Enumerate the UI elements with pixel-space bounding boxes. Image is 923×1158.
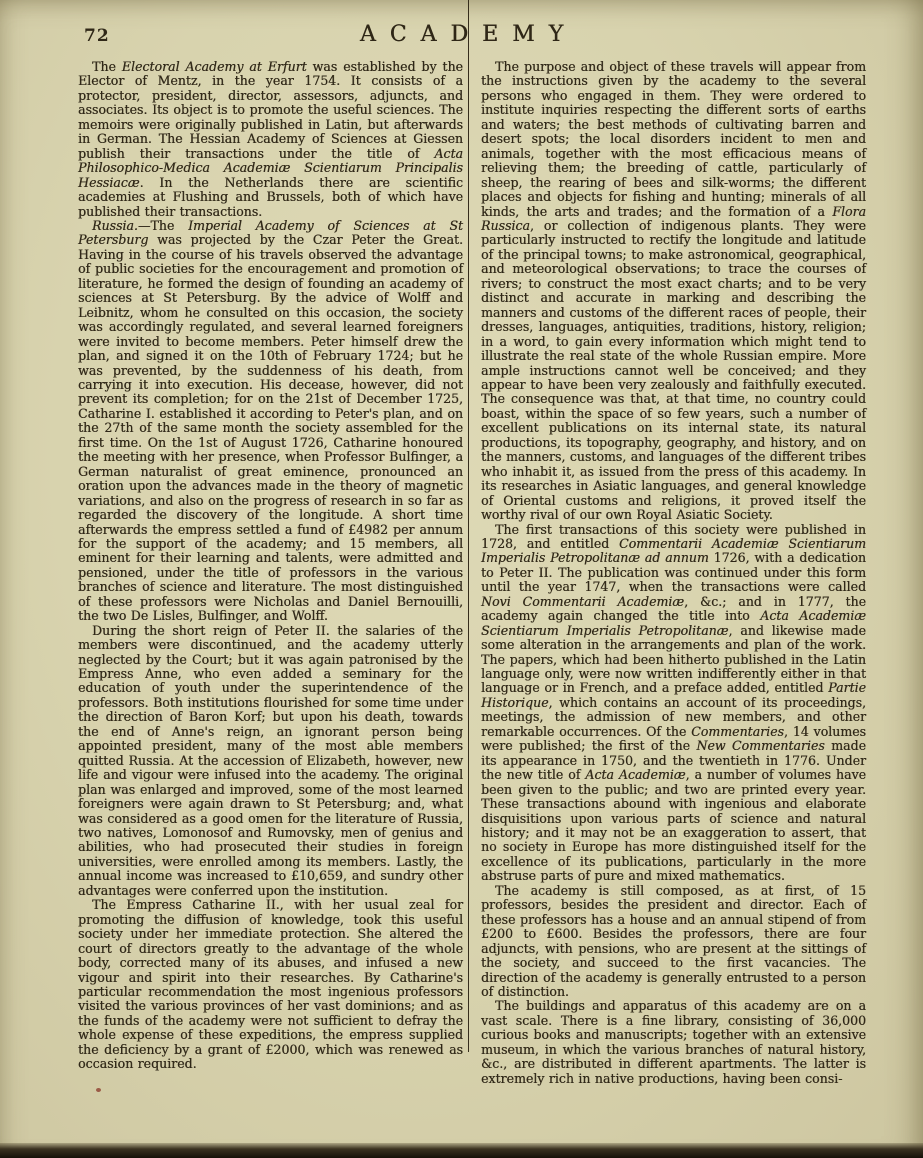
italic-text-segment: Commentaries [691,724,784,739]
italic-text-segment: Russia. [92,218,138,233]
paragraph: The buildings and apparatus of this acad… [481,999,866,1086]
text-columns: The Electoral Academy at Erfurt was esta… [78,60,866,1086]
italic-text-segment: Electoral Academy at Erfurt [122,59,307,74]
paper-speck [96,1088,101,1092]
column-divider [468,0,469,1052]
scanned-book-page: 72 ACADEMY The Electoral Academy at Erfu… [0,0,923,1158]
paragraph: The purpose and object of these travels … [481,60,866,523]
text-segment: was established by the Elector of Mentz,… [78,59,463,161]
italic-text-segment: Acta Academiæ [585,767,685,782]
paragraph: The first transactions of this society w… [481,523,866,884]
italic-text-segment: Novi Commentarii Academiæ [481,594,684,609]
page-title: ACADEMY [0,22,923,47]
text-segment: , a number of volumes have been given to… [481,767,866,883]
paragraph: The academy is still composed, as at fir… [481,884,866,1000]
text-segment: The [92,59,122,74]
text-segment: The buildings and apparatus of this acad… [481,998,866,1085]
paragraph: The Empress Catharine II., with her usua… [78,898,463,1071]
text-segment: The academy is still composed, as at fir… [481,883,866,999]
left-column: The Electoral Academy at Erfurt was esta… [78,60,463,1086]
page-bottom-edge-shadow [0,1143,923,1158]
paragraph: The Electoral Academy at Erfurt was esta… [78,60,463,219]
text-segment: , or collection of indigenous plants. Th… [481,218,866,522]
paragraph: Russia.—The Imperial Academy of Sciences… [78,219,463,624]
right-column: The purpose and object of these travels … [481,60,866,1086]
text-segment: The Empress Catharine II., with her usua… [78,897,463,1071]
text-segment: During the short reign of Peter II. the … [78,623,463,898]
paragraph: During the short reign of Peter II. the … [78,624,463,899]
italic-text-segment: New Commentaries [696,738,824,753]
page-header: 72 ACADEMY [0,22,923,56]
text-segment: —The [138,218,188,233]
text-segment: was projected by the Czar Peter the Grea… [78,232,463,623]
text-segment: The purpose and object of these travels … [481,59,866,219]
